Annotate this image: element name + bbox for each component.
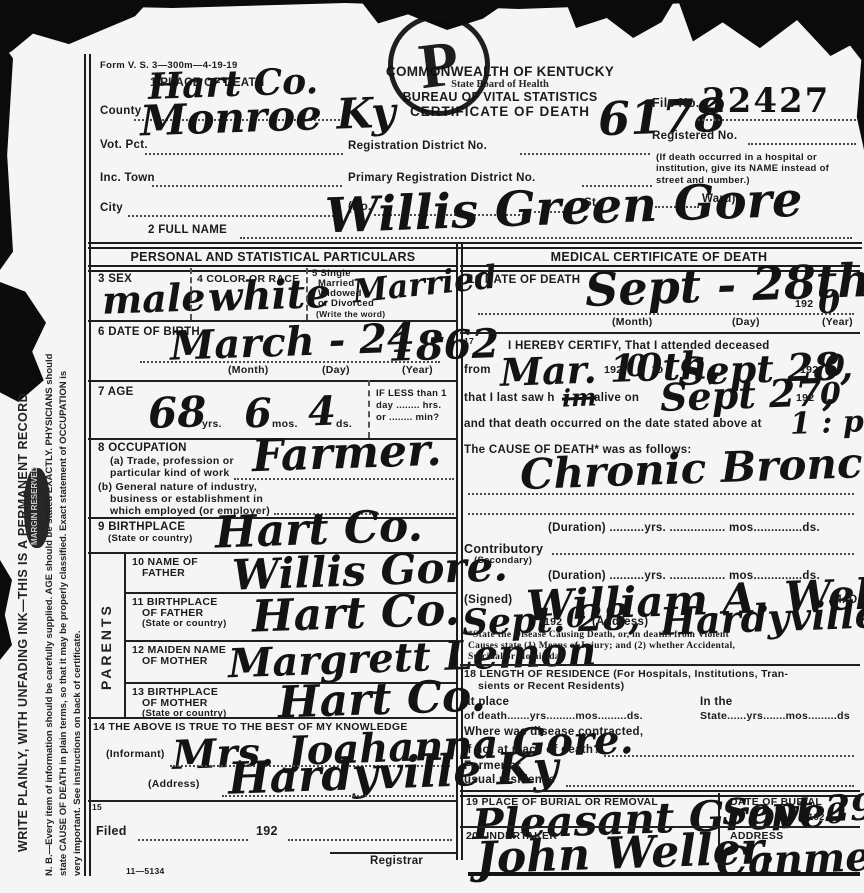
- footnote-line3: Suicidal or Homicidal.: [468, 652, 565, 662]
- print-code: 11—5134: [126, 866, 165, 876]
- cell-divider: [190, 268, 192, 320]
- filed-label: Filed: [96, 824, 127, 838]
- day-caption-right: (Day): [732, 316, 760, 328]
- burial-year-printed: 192: [808, 812, 825, 823]
- margin-reserved-label: MARGIN RESERVED: [30, 466, 39, 545]
- inc-town-label: Inc. Town: [100, 172, 155, 184]
- rule: [88, 380, 456, 382]
- at-place-label: at place: [464, 696, 509, 708]
- dotted-line: [604, 754, 854, 757]
- margin-write-plainly: WRITE PLAINLY, WITH UNFADING INK—THIS IS…: [16, 393, 30, 852]
- signed-year: 0: [566, 604, 586, 633]
- last-saw-scribble: im: [562, 385, 597, 410]
- last-saw-label: that I last saw h: [464, 392, 555, 404]
- dotted-line: [128, 214, 342, 217]
- informant-address-label: (Address): [148, 778, 200, 790]
- color-race-value: white: [207, 274, 331, 318]
- signed-address-label: (Address): [592, 616, 648, 628]
- mos-caption: mos.: [272, 418, 298, 430]
- ink-blot-left: [0, 282, 46, 402]
- from-label: from: [464, 364, 491, 376]
- dotted-line: [288, 838, 452, 841]
- date-of-death-year-printed: 192: [795, 298, 813, 310]
- torn-edge-top-left: [0, 0, 150, 58]
- disease-contracted-line1: Where was disease contracted,: [464, 726, 643, 738]
- section-17-number: 17: [464, 336, 474, 346]
- personal-title: PERSONAL AND STATISTICAL PARTICULARS: [90, 250, 456, 264]
- dotted-line: [222, 794, 454, 797]
- if-less-line1: IF LESS than 1: [376, 388, 447, 399]
- in-the-label: In the: [700, 696, 732, 708]
- month-caption-right: (Month): [612, 316, 653, 328]
- attended-from-year: 0: [625, 352, 647, 383]
- occupation-value: Farmer.: [251, 429, 442, 480]
- dotted-line: [145, 152, 343, 155]
- occupation-b-line2: business or establishment in: [110, 493, 263, 505]
- informant-label: (Informant): [106, 748, 165, 760]
- parents-strip-border: [124, 552, 126, 717]
- former-residence-line2: usual residence: [464, 774, 555, 786]
- rule: [88, 800, 456, 802]
- full-name-value: Willis Green Gore: [324, 176, 803, 241]
- year-caption: (Year): [402, 364, 433, 376]
- duration-line-primary: (Duration) ..........yrs. ..............…: [548, 522, 820, 534]
- city-label: City: [100, 202, 123, 214]
- father-birthplace-value: Hart Co.: [251, 588, 460, 639]
- rule-heavy-bottom: [468, 872, 860, 876]
- if-less-line3: or ........ min?: [376, 412, 439, 423]
- dotted-line: [152, 184, 342, 187]
- form-left-border: [84, 54, 91, 876]
- cell-divider: [306, 268, 308, 320]
- registration-district-label: Registration District No.: [348, 140, 487, 152]
- dotted-line: [552, 552, 854, 555]
- dotted-line: [468, 512, 854, 515]
- if-less-line2: day ........ hrs.: [376, 400, 441, 411]
- age-days-value: 4: [307, 392, 336, 433]
- torn-edge-left-strip: [0, 40, 13, 270]
- p-stamp-letter: P: [415, 26, 463, 104]
- month-caption: (Month): [228, 364, 269, 376]
- father-birthplace-label3: (State or country): [142, 618, 227, 629]
- birthplace-sublabel: (State or country): [108, 533, 193, 544]
- torn-edge-top-right: [678, 0, 864, 56]
- dotted-line: [566, 784, 854, 787]
- mother-maiden-label2: OF MOTHER: [142, 655, 208, 667]
- burial-year-value: 0: [826, 800, 846, 829]
- footnote-line2: Causes state (1) Means of Injury; and (2…: [468, 641, 735, 651]
- year-caption-right: (Year): [822, 316, 853, 328]
- county-label: County: [100, 105, 141, 117]
- bureau-title: BUREAU OF VITAL STATISTICS: [345, 90, 655, 104]
- alive-on-label: alive on: [594, 392, 639, 404]
- birthplace-label: 9 BIRTHPLACE: [98, 521, 185, 533]
- filed-year-label: 192: [256, 824, 278, 838]
- occupation-a-line2: particular kind of work: [110, 467, 230, 479]
- margin-nb-line3: very important. See instructions on back…: [72, 631, 83, 876]
- rule: [330, 852, 456, 854]
- contributory-label: Contributory: [464, 542, 543, 556]
- from-year-printed: 192: [604, 364, 622, 376]
- full-name-label: 2 FULL NAME: [148, 224, 227, 236]
- registered-no-label: Registered No.: [652, 130, 737, 142]
- rule: [460, 664, 860, 666]
- ink-blot-left-small: [0, 560, 12, 660]
- dotted-line: [478, 312, 854, 315]
- rule: [460, 332, 860, 334]
- footnote-line1: *State the Disease Causing Death, or, in…: [468, 630, 729, 640]
- age-label: 7 AGE: [98, 386, 134, 398]
- yrs-caption: yrs.: [202, 418, 222, 430]
- dotted-line: [140, 360, 440, 363]
- dotted-line: [698, 118, 856, 121]
- death-occurred-label: and that death occurred on the date stat…: [464, 418, 762, 430]
- residence-label-line2: sients or Recent Residents): [478, 680, 624, 692]
- age-months-value: 6: [243, 394, 272, 435]
- certificate-title: CERTIFICATE OF DEATH: [345, 104, 655, 119]
- margin-nb-line2: state CAUSE OF DEATH in plain terms, so …: [58, 371, 69, 876]
- residence-label-line1: 18 LENGTH OF RESIDENCE (For Hospitals, I…: [464, 668, 788, 680]
- age-years-value: 68: [147, 391, 207, 435]
- date-of-death-label: 16 DATE OF DEATH: [468, 274, 580, 286]
- disease-contracted-line2: if not at place of death?: [464, 744, 601, 756]
- rule-under-name: [88, 242, 862, 249]
- death-certificate: WRITE PLAINLY, WITH UNFADING INK—THIS IS…: [0, 0, 864, 893]
- section-15-number: 15: [92, 802, 102, 812]
- parents-vertical-label: PARENTS: [98, 603, 114, 690]
- torn-edge-top-mid2: [565, 0, 675, 40]
- of-death-duration-line: of death.......yrs.........mos.........d…: [464, 710, 643, 722]
- rule: [88, 717, 456, 719]
- dotted-line: [468, 492, 854, 495]
- occupation-a-line1: (a) Trade, profession or: [110, 455, 234, 467]
- occupation-b-line1: (b) General nature of industry,: [98, 481, 257, 493]
- father-name-label2: FATHER: [142, 567, 185, 579]
- dotted-line: [520, 152, 650, 155]
- day-caption: (Day): [322, 364, 350, 376]
- death-time-value: 1 : pm: [790, 406, 864, 440]
- margin-nb-line1: N. B.—Every item of information should b…: [44, 354, 55, 876]
- occupation-label: 8 OCCUPATION: [98, 442, 187, 454]
- former-residence-line1: Former or: [464, 760, 521, 772]
- signed-year-printed: 192: [544, 616, 562, 628]
- file-no-label: File No.: [652, 96, 700, 110]
- last-saw-year-printed: 192: [796, 392, 814, 404]
- registrar-label: Registrar: [370, 855, 423, 867]
- file-no-value: 22427: [702, 84, 830, 118]
- state-duration-line: State......yrs.......mos.........ds: [700, 710, 850, 722]
- dotted-line: [138, 838, 248, 841]
- secondary-label: (Secondary): [474, 555, 532, 566]
- dotted-line: [748, 142, 856, 145]
